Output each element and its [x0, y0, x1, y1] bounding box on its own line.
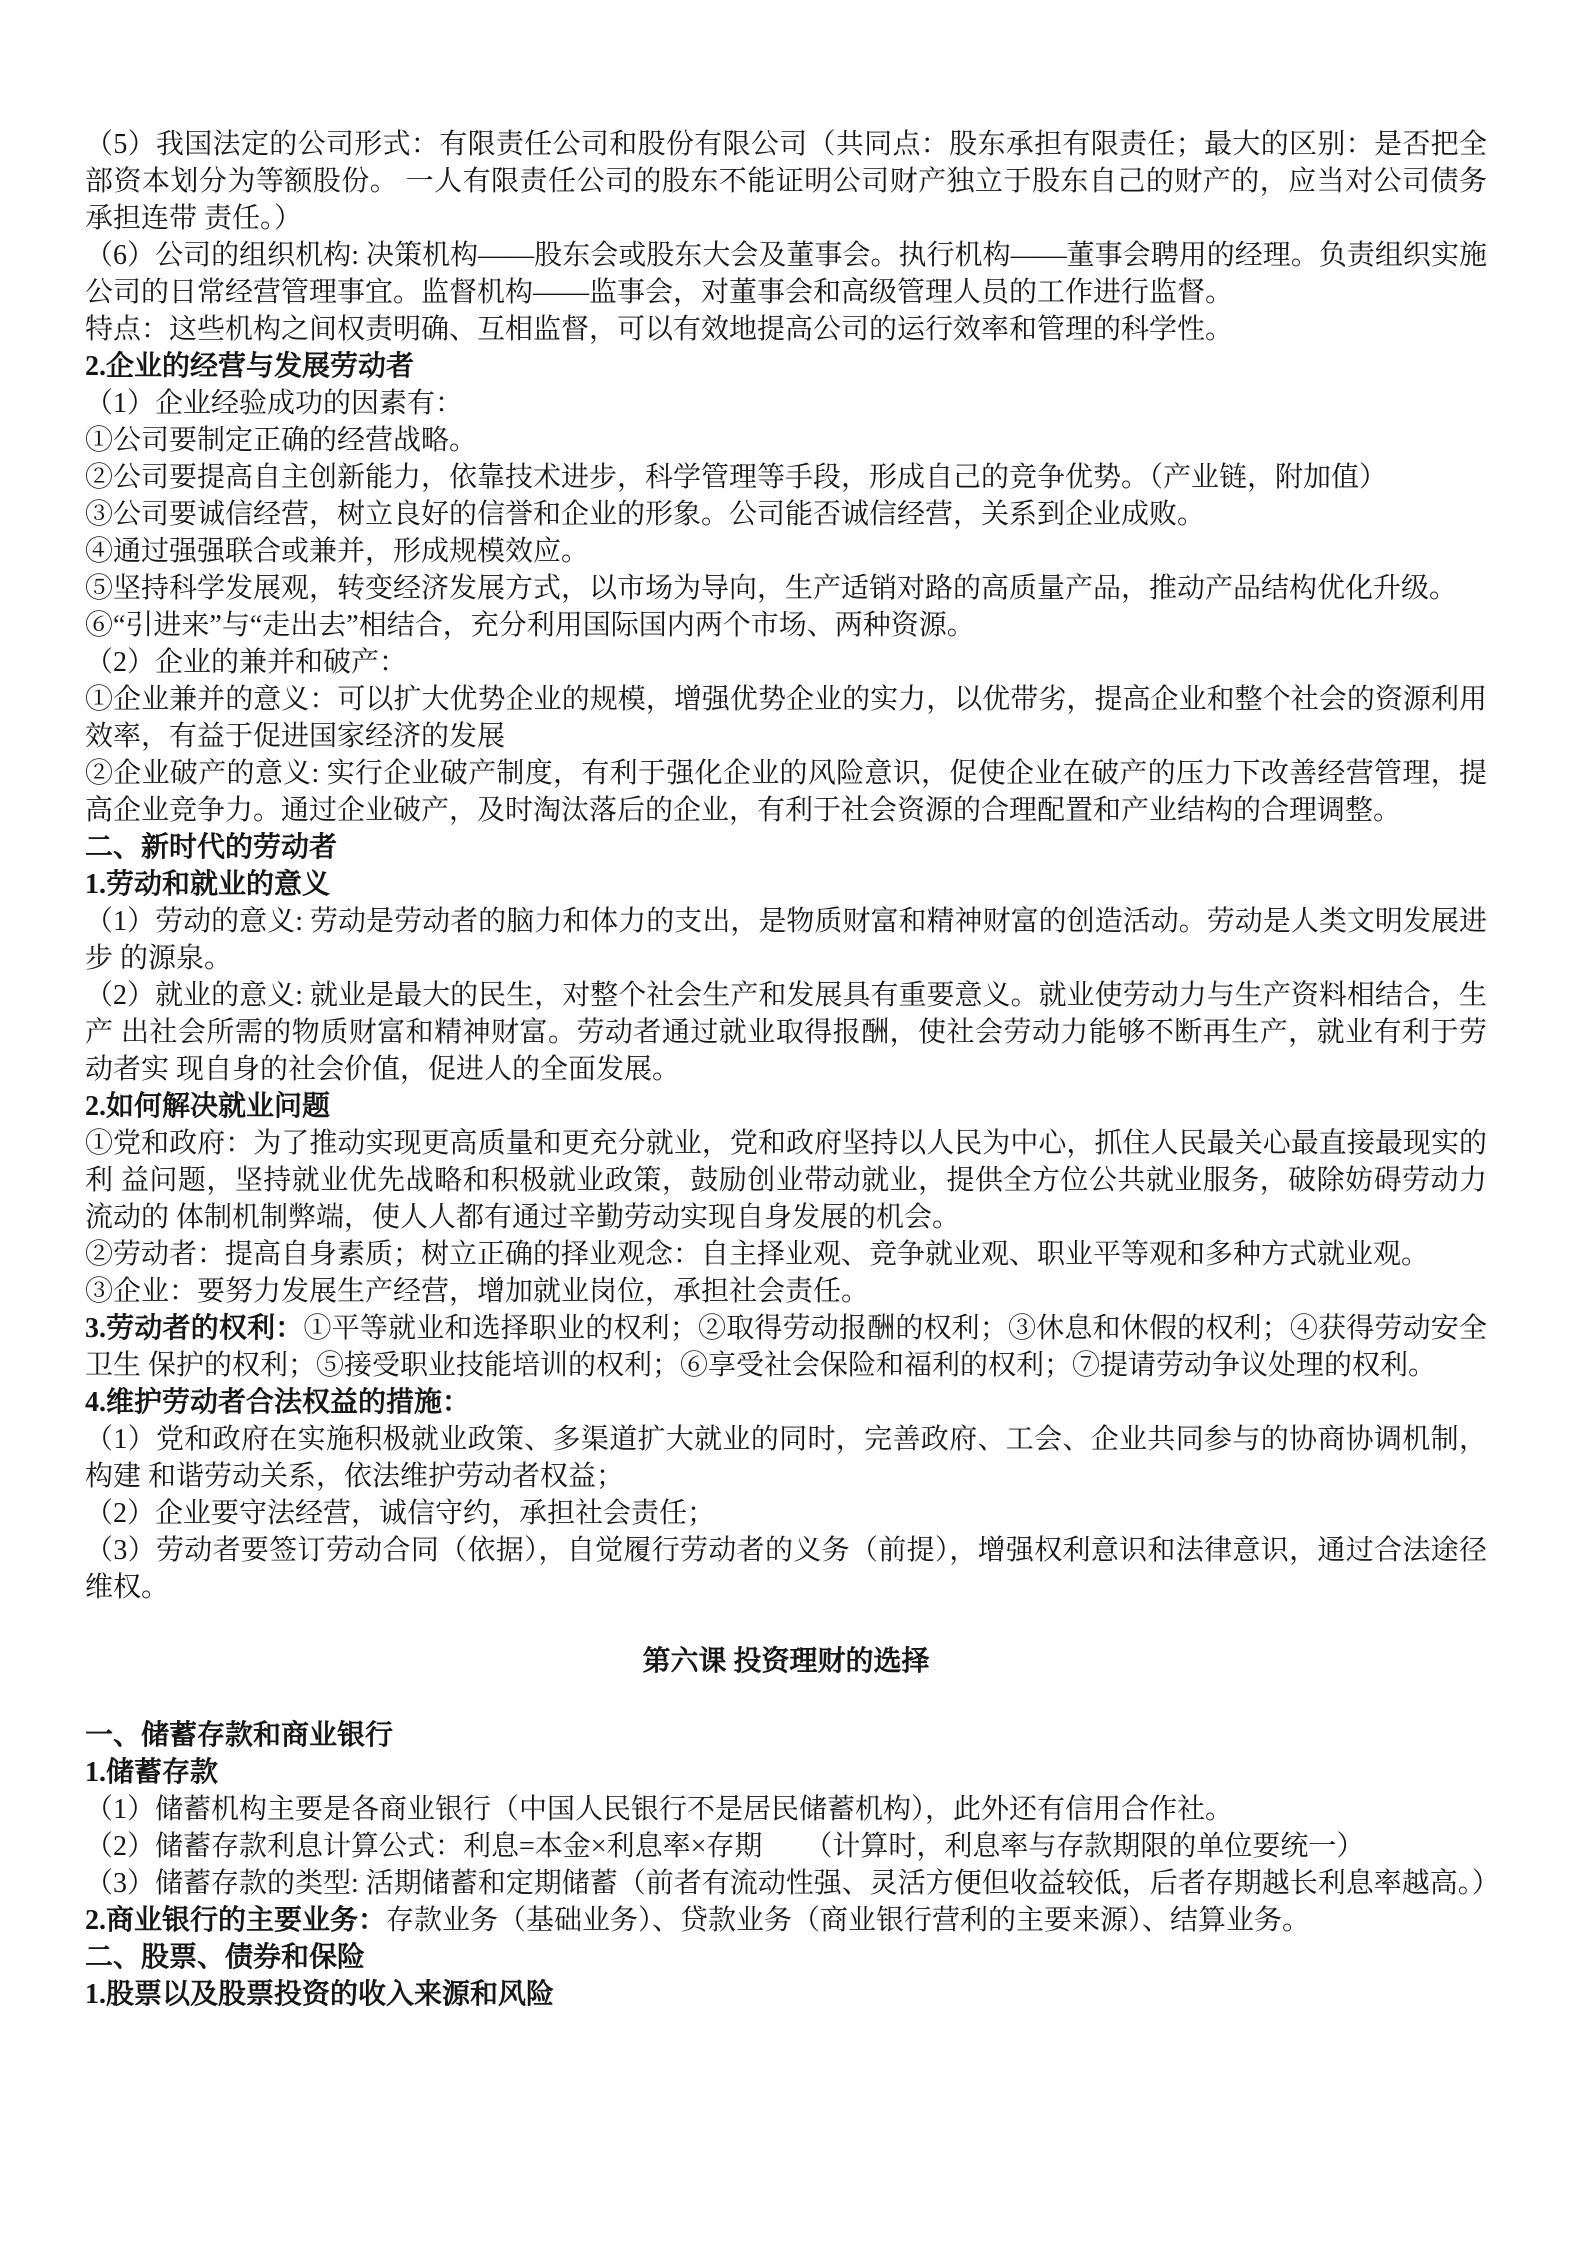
paragraph: 特点：这些机构之间权责明确、互相监督，可以有效地提高公司的运行效率和管理的科学性… [85, 311, 1487, 348]
paragraph: （2）企业的兼并和破产： [85, 644, 1487, 681]
heading-paragraph: 二、新时代的劳动者 [85, 829, 1487, 866]
heading-paragraph: 1.劳动和就业的意义 [85, 866, 1487, 903]
paragraph: ②劳动者：提高自身素质；树立正确的择业观念：自主择业观、竞争就业观、职业平等观和… [85, 1236, 1487, 1273]
heading-paragraph: 一、储蓄存款和商业银行 [85, 1717, 1487, 1754]
paragraph: ③公司要诚信经营，树立良好的信誉和企业的形象。公司能否诚信经营，关系到企业成败。 [85, 496, 1487, 533]
paragraph: ③企业：要努力发展生产经营，增加就业岗位，承担社会责任。 [85, 1273, 1487, 1310]
document-page: （5）我国法定的公司形式：有限责任公司和股份有限公司（共同点：股东承担有限责任；… [0, 0, 1589, 2245]
paragraph: （3）劳动者要签订劳动合同（依据），自觉履行劳动者的义务（前提），增强权利意识和… [85, 1532, 1487, 1606]
blank-line [85, 1606, 1487, 1643]
paragraph: ①党和政府：为了推动实现更高质量和更充分就业，党和政府坚持以人民为中心，抓住人民… [85, 1125, 1487, 1236]
paragraph-lead-bold: 3.劳动者的权利： [85, 1313, 303, 1344]
paragraph: （3）储蓄存款的类型: 活期储蓄和定期储蓄（前者有流动性强、灵活方便但收益较低，… [85, 1865, 1487, 1902]
blank-line [85, 1680, 1487, 1717]
heading-paragraph: 4.维护劳动者合法权益的措施： [85, 1384, 1487, 1421]
paragraph: （6）公司的组织机构: 决策机构——股东会或股东大会及董事会。执行机构——董事会… [85, 237, 1487, 311]
paragraph: （1）劳动的意义: 劳动是劳动者的脑力和体力的支出，是物质财富和精神财富的创造活… [85, 903, 1487, 977]
paragraph: （2）企业要守法经营，诚信守约，承担社会责任； [85, 1495, 1487, 1532]
paragraph: ①企业兼并的意义：可以扩大优势企业的规模，增强优势企业的实力，以优带劣，提高企业… [85, 681, 1487, 755]
heading-paragraph: 二、股票、债券和保险 [85, 1939, 1487, 1976]
paragraph: （1）企业经验成功的因素有： [85, 385, 1487, 422]
paragraph: （2）储蓄存款利息计算公式：利息=本金×利息率×存期 （计算时，利息率与存款期限… [85, 1828, 1487, 1865]
paragraph: ①公司要制定正确的经营战略。 [85, 422, 1487, 459]
heading-paragraph: 1.储蓄存款 [85, 1754, 1487, 1791]
paragraph: （5）我国法定的公司形式：有限责任公司和股份有限公司（共同点：股东承担有限责任；… [85, 126, 1487, 237]
paragraph: ⑤坚持科学发展观，转变经济发展方式，以市场为导向，生产适销对路的高质量产品，推动… [85, 570, 1487, 607]
paragraph-lead-bold: 2.商业银行的主要业务： [85, 1905, 386, 1936]
section-heading: 第六课 投资理财的选择 [85, 1643, 1487, 1680]
paragraph: ②企业破产的意义: 实行企业破产制度，有利于强化企业的风险意识，促使企业在破产的… [85, 755, 1487, 829]
paragraph: 3.劳动者的权利：①平等就业和选择职业的权利；②取得劳动报酬的权利；③休息和休假… [85, 1310, 1487, 1384]
paragraph: （1）党和政府在实施积极就业政策、多渠道扩大就业的同时，完善政府、工会、企业共同… [85, 1421, 1487, 1495]
paragraph: ④通过强强联合或兼并，形成规模效应。 [85, 533, 1487, 570]
paragraph-text: 存款业务（基础业务）、贷款业务（商业银行营利的主要来源）、结算业务。 [386, 1905, 1310, 1936]
paragraph: ⑥“引进来”与“走出去”相结合，充分利用国际国内两个市场、两种资源。 [85, 607, 1487, 644]
heading-paragraph: 2.如何解决就业问题 [85, 1088, 1487, 1125]
heading-paragraph: 2.企业的经营与发展劳动者 [85, 348, 1487, 385]
paragraph: （1）储蓄机构主要是各商业银行（中国人民银行不是居民储蓄机构），此外还有信用合作… [85, 1791, 1487, 1828]
heading-paragraph: 1.股票以及股票投资的收入来源和风险 [85, 1976, 1487, 2013]
document-body: （5）我国法定的公司形式：有限责任公司和股份有限公司（共同点：股东承担有限责任；… [85, 126, 1487, 2013]
paragraph: ②公司要提高自主创新能力，依靠技术进步，科学管理等手段，形成自己的竞争优势。（产… [85, 459, 1487, 496]
paragraph: （2）就业的意义: 就业是最大的民生，对整个社会生产和发展具有重要意义。就业使劳… [85, 977, 1487, 1088]
paragraph: 2.商业银行的主要业务：存款业务（基础业务）、贷款业务（商业银行营利的主要来源）… [85, 1902, 1487, 1939]
